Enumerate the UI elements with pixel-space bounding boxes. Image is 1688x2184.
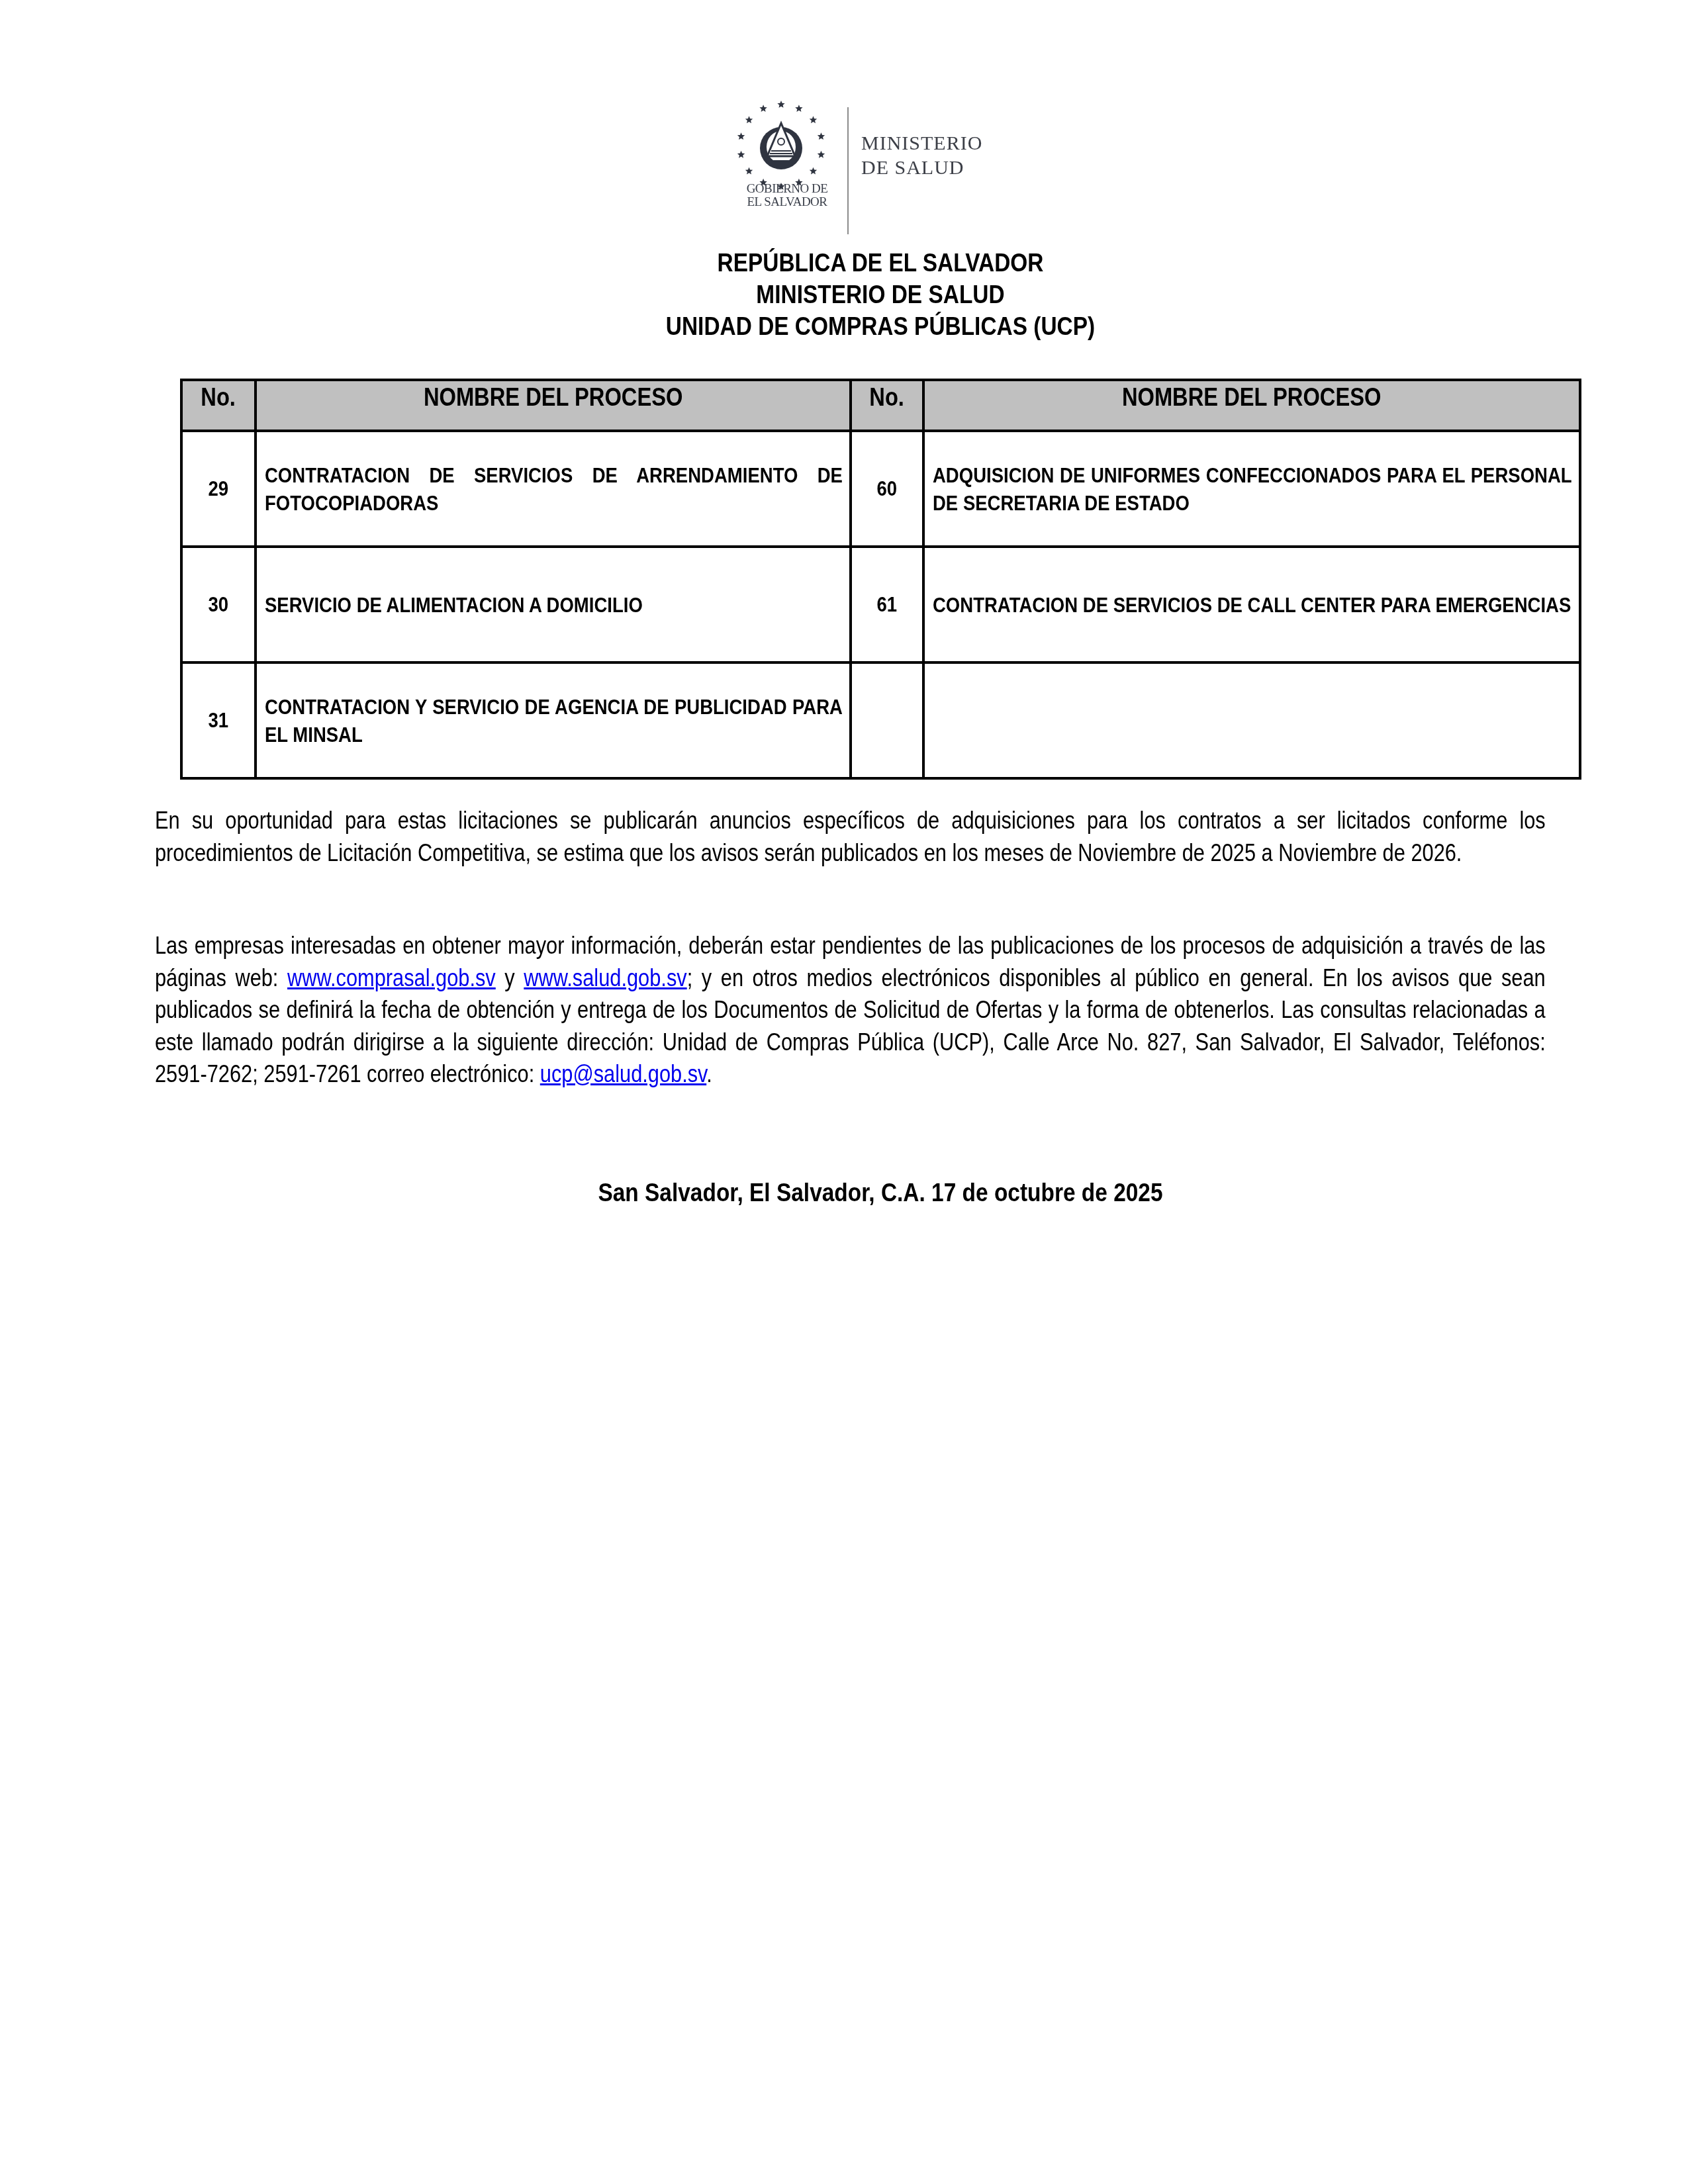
salud-website-link[interactable]: www.salud.gob.sv: [524, 964, 686, 991]
publication-schedule-paragraph: En su oportunidad para estas licitacione…: [155, 805, 1545, 869]
process-name: CONTRATACION Y SERVICIO DE AGENCIA DE PU…: [256, 662, 851, 778]
process-number: 30: [181, 547, 256, 662]
column-header-process-name: NOMBRE DEL PROCESO: [923, 380, 1580, 431]
column-header-process-name: NOMBRE DEL PROCESO: [256, 380, 851, 431]
process-table: No. NOMBRE DEL PROCESO No. NOMBRE DEL PR…: [180, 379, 1581, 780]
column-header-no: No.: [851, 380, 923, 431]
heading-republic: REPÚBLICA DE EL SALVADOR: [106, 248, 1656, 279]
table-row: 30 SERVICIO DE ALIMENTACION A DOMICILIO …: [181, 547, 1580, 662]
table-row: 29 CONTRATACION DE SERVICIOS DE ARRENDAM…: [181, 431, 1580, 547]
place-and-date: San Salvador, El Salvador, C.A. 17 de oc…: [106, 1179, 1656, 1208]
process-number: 60: [851, 431, 923, 547]
ministry-logo: GOBIERNO DE EL SALVADOR MINISTERIO DE SA…: [731, 93, 1009, 225]
heading-unit: UNIDAD DE COMPRAS PÚBLICAS (UCP): [106, 311, 1656, 343]
process-number: 31: [181, 662, 256, 778]
document-heading: REPÚBLICA DE EL SALVADOR MINISTERIO DE S…: [106, 248, 1656, 343]
process-name: ADQUISICION DE UNIFORMES CONFECCIONADOS …: [923, 431, 1580, 547]
comprasal-link[interactable]: www.comprasal.gob.sv: [287, 964, 496, 991]
government-name: GOBIERNO DE EL SALVADOR: [734, 183, 840, 209]
process-name: CONTRATACION DE SERVICIOS DE ARRENDAMIEN…: [256, 431, 851, 547]
process-number: 29: [181, 431, 256, 547]
email-link[interactable]: ucp@salud.gob.sv: [540, 1060, 706, 1087]
table-header-row: No. NOMBRE DEL PROCESO No. NOMBRE DEL PR…: [181, 380, 1580, 431]
process-number: 61: [851, 547, 923, 662]
process-number-empty: [851, 662, 923, 778]
process-name: SERVICIO DE ALIMENTACION A DOMICILIO: [256, 547, 851, 662]
contact-info-paragraph: Las empresas interesadas en obtener mayo…: [155, 930, 1545, 1091]
process-name-empty: [923, 662, 1580, 778]
ministry-name: MINISTERIO DE SALUD: [861, 131, 982, 180]
heading-ministry: MINISTERIO DE SALUD: [106, 279, 1656, 311]
logo-divider: [847, 107, 849, 234]
column-header-no: No.: [181, 380, 256, 431]
table-row: 31 CONTRATACION Y SERVICIO DE AGENCIA DE…: [181, 662, 1580, 778]
process-name: CONTRATACION DE SERVICIOS DE CALL CENTER…: [923, 547, 1580, 662]
